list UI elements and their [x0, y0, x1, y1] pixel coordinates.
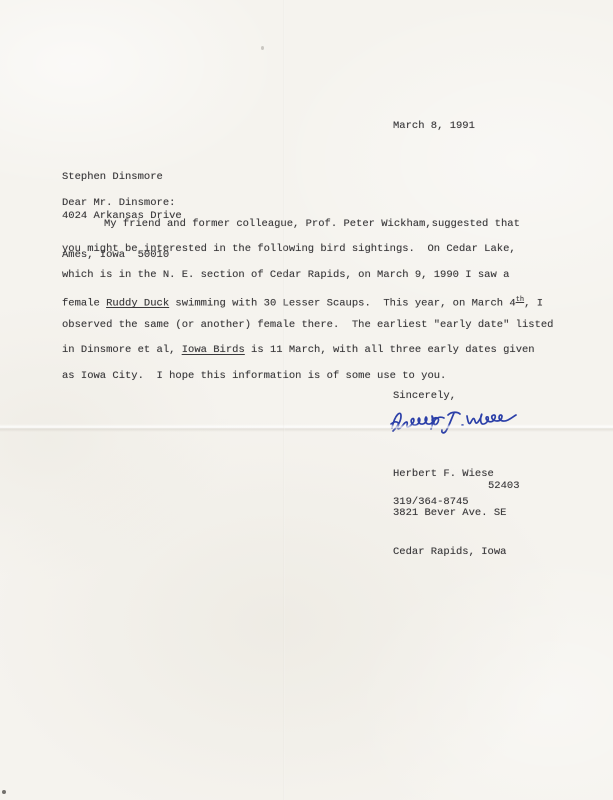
body-line: My friend and former colleague, Prof. Pe… — [62, 218, 562, 243]
letter-body: My friend and former colleague, Prof. Pe… — [62, 218, 562, 395]
fold-crease-vertical — [283, 0, 285, 800]
letter-date: March 8, 1991 — [393, 120, 475, 133]
body-line: in Dinsmore et al, Iowa Birds is 11 Marc… — [62, 344, 562, 369]
sender-phone: 319/364-8745 — [393, 496, 469, 509]
body-line: observed the same (or another) female th… — [62, 319, 562, 344]
sender-block: Herbert F. Wiese 3821 Bever Ave. SE Ceda… — [393, 442, 506, 585]
sender-city: Cedar Rapids, Iowa — [393, 546, 506, 559]
salutation: Dear Mr. Dinsmore: — [62, 197, 175, 210]
scanned-letter-page: March 8, 1991 Stephen Dinsmore 4024 Arka… — [0, 0, 613, 800]
body-line: you might be interested in the following… — [62, 243, 562, 268]
body-line: which is in the N. E. section of Cedar R… — [62, 269, 562, 294]
body-line: as Iowa City. I hope this information is… — [62, 370, 562, 395]
recipient-name: Stephen Dinsmore — [62, 171, 182, 184]
body-line: female Ruddy Duck swimming with 30 Lesse… — [62, 294, 562, 319]
handwritten-signature — [388, 402, 528, 440]
paper-speck — [2, 790, 6, 794]
paper-speck — [261, 46, 264, 50]
sender-zip: 52403 — [488, 480, 520, 493]
